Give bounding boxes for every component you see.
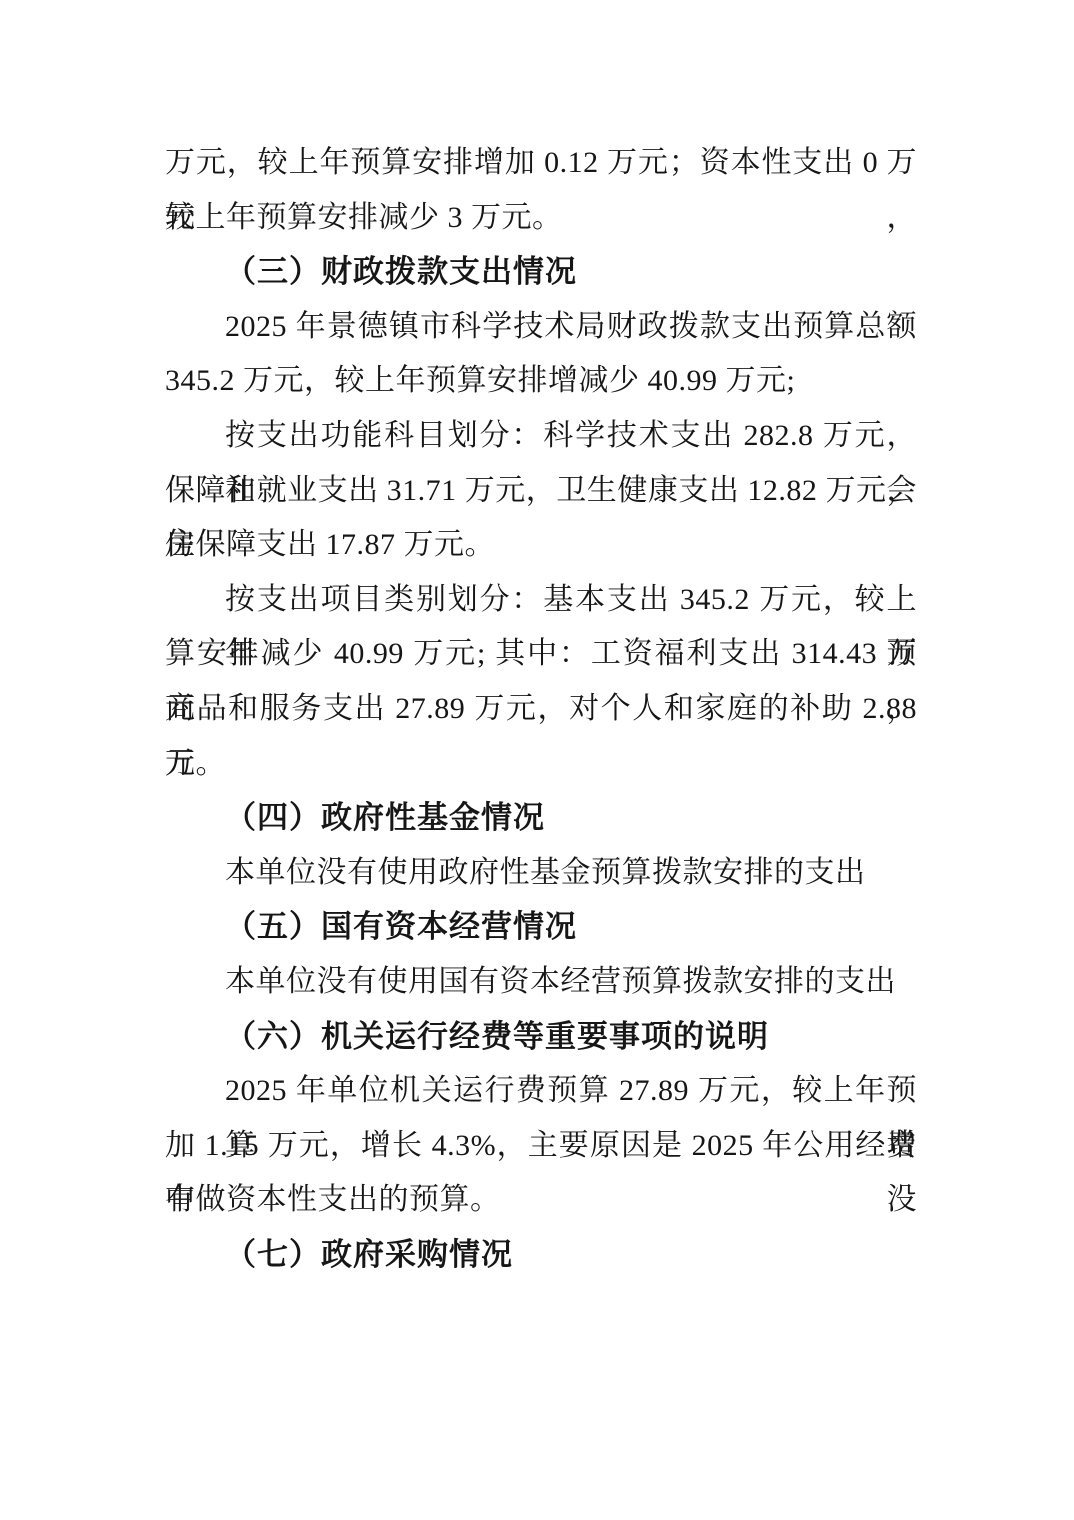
document-page: 万元，较上年预算安排增加 0.12 万元；资本性支出 0 万元，较上年预算安排减…	[0, 0, 1074, 1520]
section-heading: （五）国有资本经营情况	[165, 900, 917, 955]
document-content: 万元，较上年预算安排增加 0.12 万元；资本性支出 0 万元，较上年预算安排减…	[165, 136, 917, 1282]
section-heading: （三）财政拨款支出情况	[165, 245, 917, 300]
text-line: 2025 年景德镇市科学技术局财政拨款支出预算总额	[165, 300, 917, 355]
text-line: 房保障支出 17.87 万元。	[165, 518, 917, 573]
text-line: 本单位没有使用国有资本经营预算拨款安排的支出	[165, 955, 917, 1010]
text-line: 元。	[165, 737, 917, 792]
text-line: 算安排减少 40.99 万元; 其中：工资福利支出 314.43 万元，	[165, 627, 917, 682]
text-line: 按支出功能科目划分：科学技术支出 282.8 万元，社会	[165, 409, 917, 464]
text-line: 商品和服务支出 27.89 万元，对个人和家庭的补助 2.88 万	[165, 682, 917, 737]
text-line: 2025 年单位机关运行费预算 27.89 万元，较上年预算增	[165, 1064, 917, 1119]
text-line: 保障和就业支出 31.71 万元，卫生健康支出 12.82 万元，住	[165, 464, 917, 519]
text-line: 按支出项目类别划分：基本支出 345.2 万元，较上年预	[165, 573, 917, 628]
section-heading: （七）政府采购情况	[165, 1228, 917, 1283]
section-heading: （六）机关运行经费等重要事项的说明	[165, 1010, 917, 1065]
section-heading: （四）政府性基金情况	[165, 791, 917, 846]
text-line: 加 1.15 万元，增长 4.3%，主要原因是 2025 年公用经费中没	[165, 1119, 917, 1174]
text-line: 本单位没有使用政府性基金预算拨款安排的支出	[165, 846, 917, 901]
text-line: 345.2 万元，较上年预算安排增减少 40.99 万元;	[165, 354, 917, 409]
text-line: 万元，较上年预算安排增加 0.12 万元；资本性支出 0 万元，	[165, 136, 917, 191]
